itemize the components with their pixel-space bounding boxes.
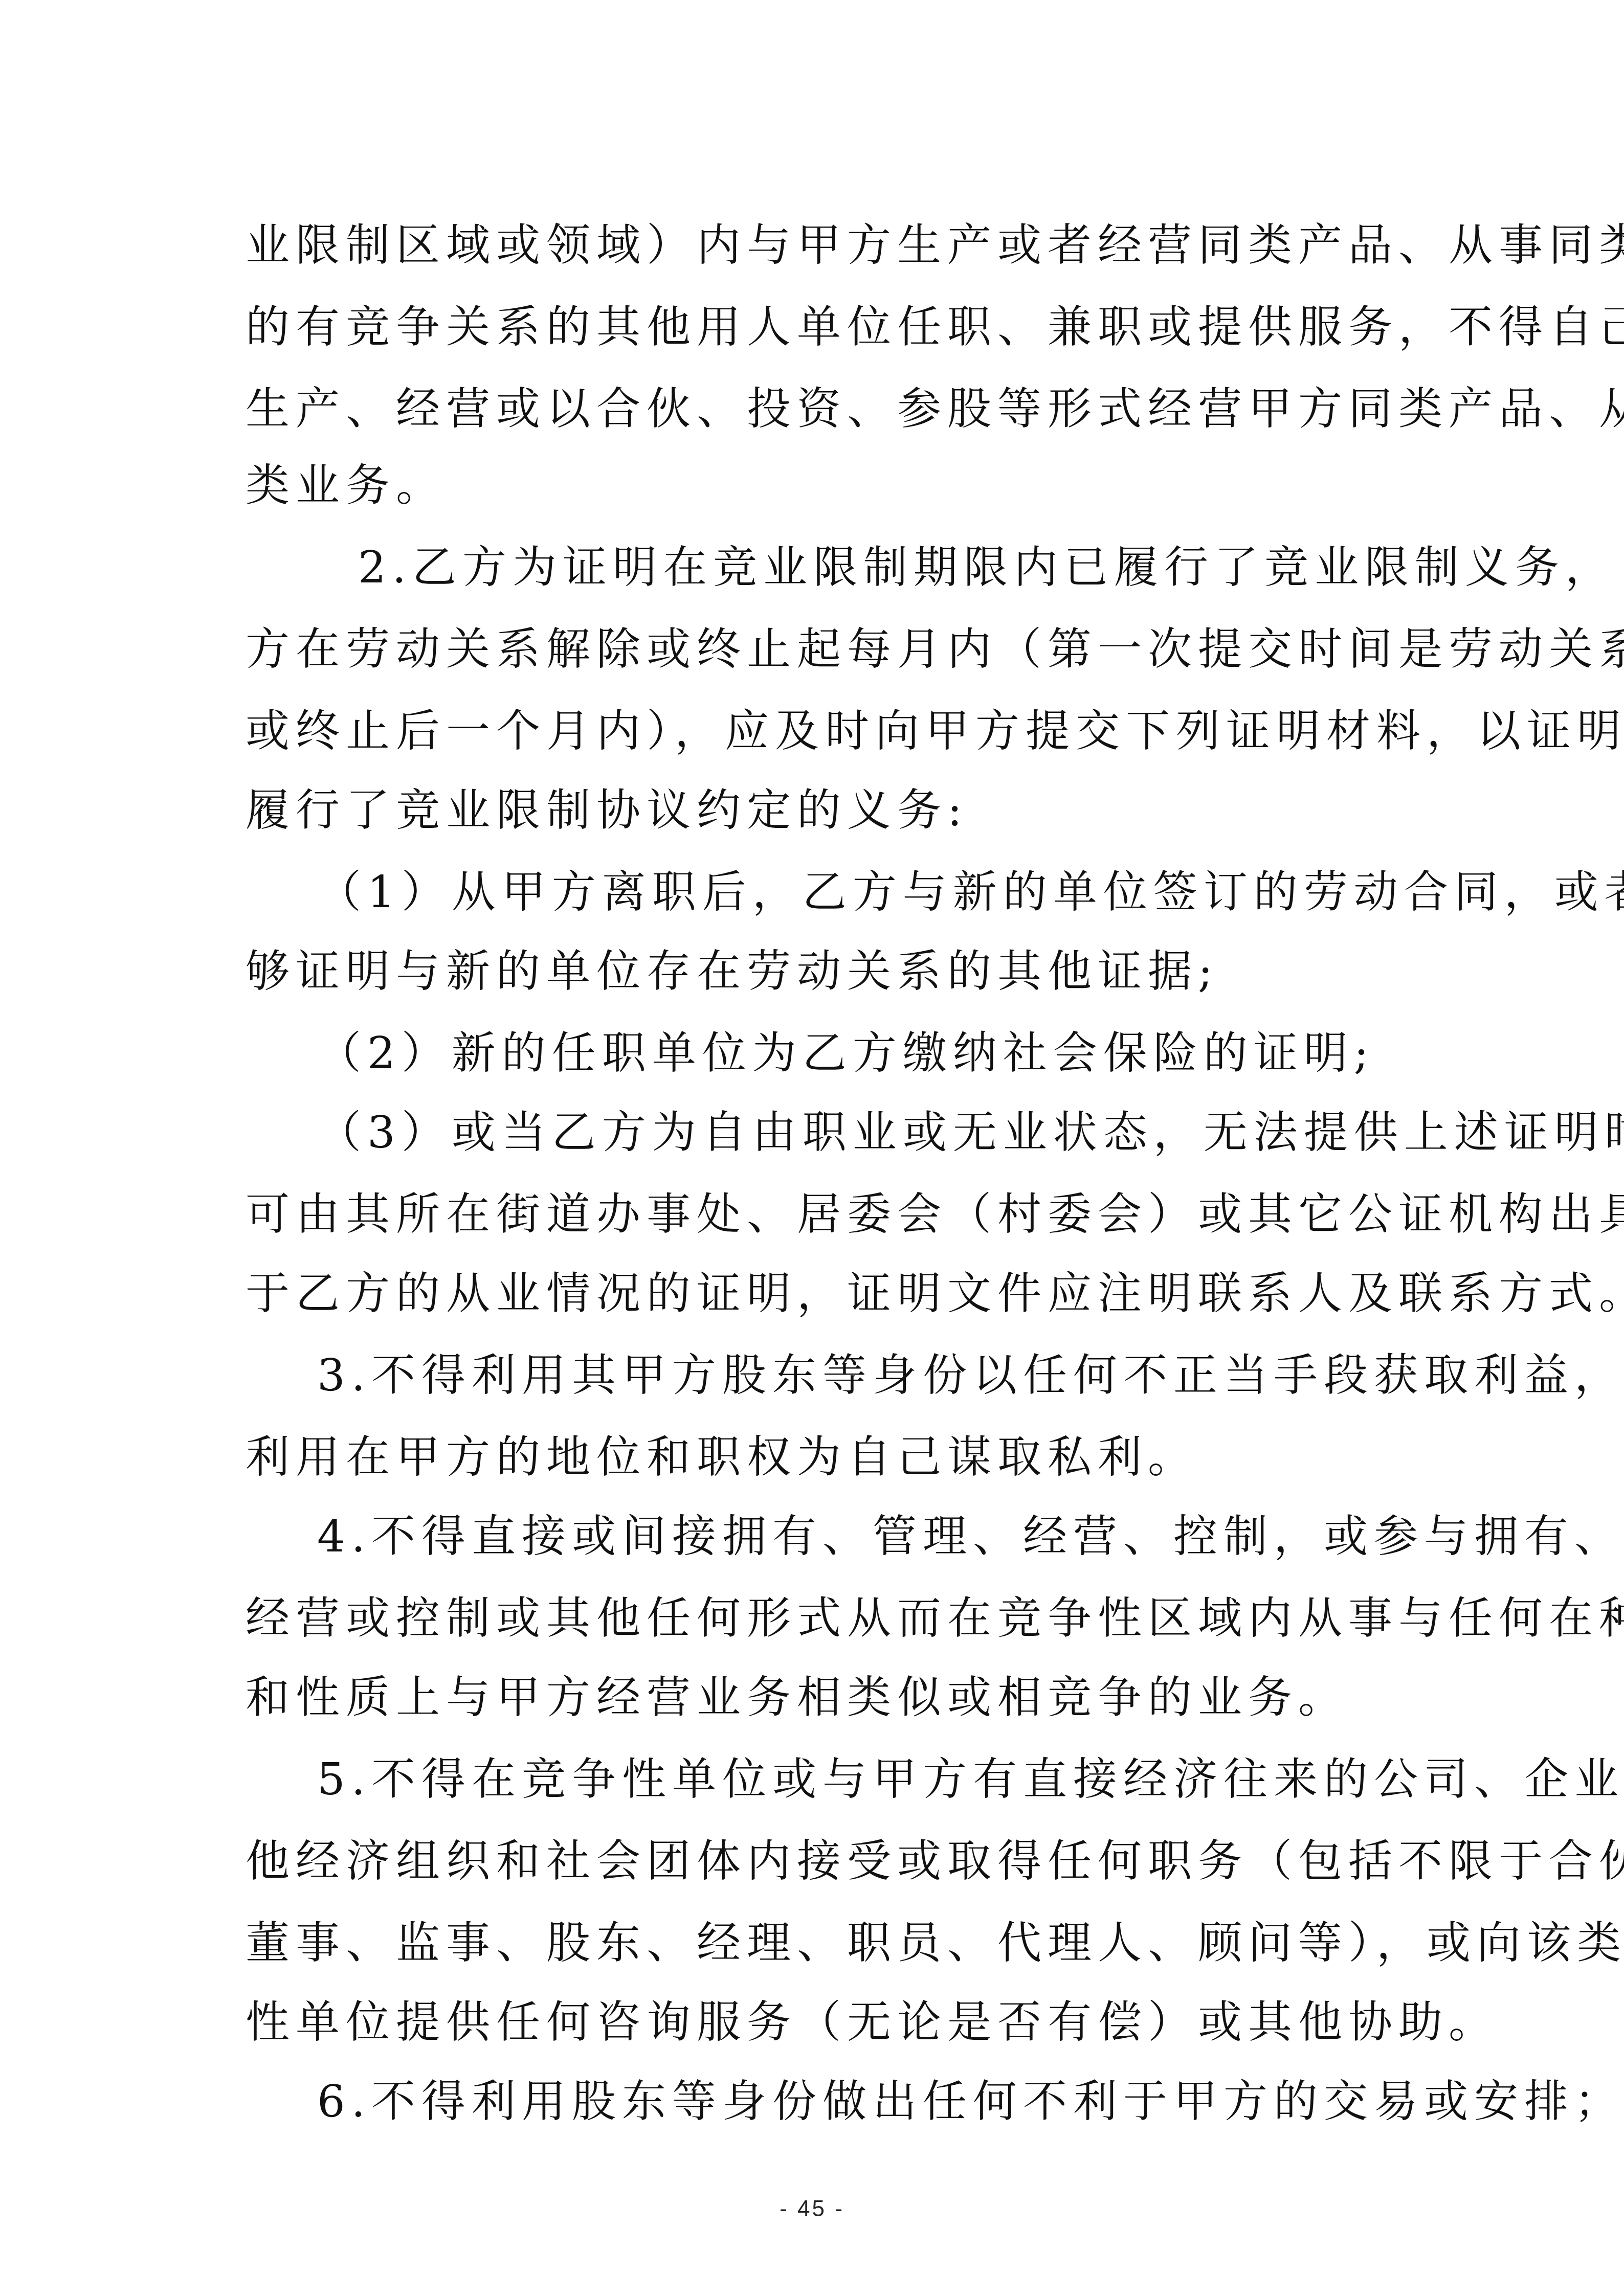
text-line: 经营或控制或其他任何形式从而在竞争性区域内从事与任何在种类: [246, 1590, 1384, 1647]
item-3-first-line: 3.不得利用其甲方股东等身份以任何不正当手段获取利益，不得: [317, 1347, 1384, 1404]
text-line: 董事、监事、股东、经理、职员、代理人、顾问等），或向该类竞争: [246, 1915, 1384, 1971]
text-line: 或终止后一个月内），应及时向甲方提交下列证明材料，以证明自己: [246, 703, 1384, 759]
sub-item-1-first-line: （1）从甲方离职后，乙方与新的单位签订的劳动合同，或者能: [317, 864, 1384, 920]
sub-item-3-first-line: （3）或当乙方为自由职业或无业状态，无法提供上述证明时，: [317, 1105, 1384, 1161]
document-page: 业限制区域或领域）内与甲方生产或者经营同类产品、从事同类业务 的有竞争关系的其他…: [0, 0, 1624, 2296]
page-number: - 45 -: [0, 2194, 1624, 2224]
item-5-first-line: 5.不得在竞争性单位或与甲方有直接经济往来的公司、企业、其: [317, 1751, 1384, 1808]
text-line: 的有竞争关系的其他用人单位任职、兼职或提供服务，不得自己开业: [246, 299, 1384, 355]
text-line: 生产、经营或以合伙、投资、参股等形式经营甲方同类产品、从事同: [246, 381, 1384, 437]
text-line: 够证明与新的单位存在劳动关系的其他证据;: [246, 943, 1384, 1000]
text-line: 业限制区域或领域）内与甲方生产或者经营同类产品、从事同类业务: [246, 217, 1384, 274]
text-line: 性单位提供任何咨询服务（无论是否有偿）或其他协助。: [246, 1994, 1384, 2051]
text-line: 和性质上与甲方经营业务相类似或相竞争的业务。: [246, 1670, 1384, 1726]
text-line: 于乙方的从业情况的证明，证明文件应注明联系人及联系方式。: [246, 1266, 1384, 1322]
text-line: 类业务。: [246, 458, 1384, 514]
text-line: 利用在甲方的地位和职权为自己谋取私利。: [246, 1429, 1384, 1485]
item-4-first-line: 4.不得直接或间接拥有、管理、经营、控制，或参与拥有、管理、: [317, 1509, 1384, 1565]
text-line: 可由其所在街道办事处、居委会（村委会）或其它公证机构出具的关: [246, 1186, 1384, 1243]
item-2-first-line: 2.乙方为证明在竞业限制期限内已履行了竞业限制义务，自乙: [358, 539, 1384, 596]
text-line: 方在劳动关系解除或终止起每月内（第一次提交时间是劳动关系解除: [246, 621, 1384, 678]
text-line: 履行了竞业限制协议约定的义务:: [246, 782, 1384, 839]
text-line: 他经济组织和社会团体内接受或取得任何职务（包括不限于合伙人、: [246, 1833, 1384, 1889]
sub-item-2-line: （2）新的任职单位为乙方缴纳社会保险的证明;: [317, 1025, 1384, 1082]
item-6-first-line: 6.不得利用股东等身份做出任何不利于甲方的交易或安排；不以: [317, 2074, 1384, 2130]
